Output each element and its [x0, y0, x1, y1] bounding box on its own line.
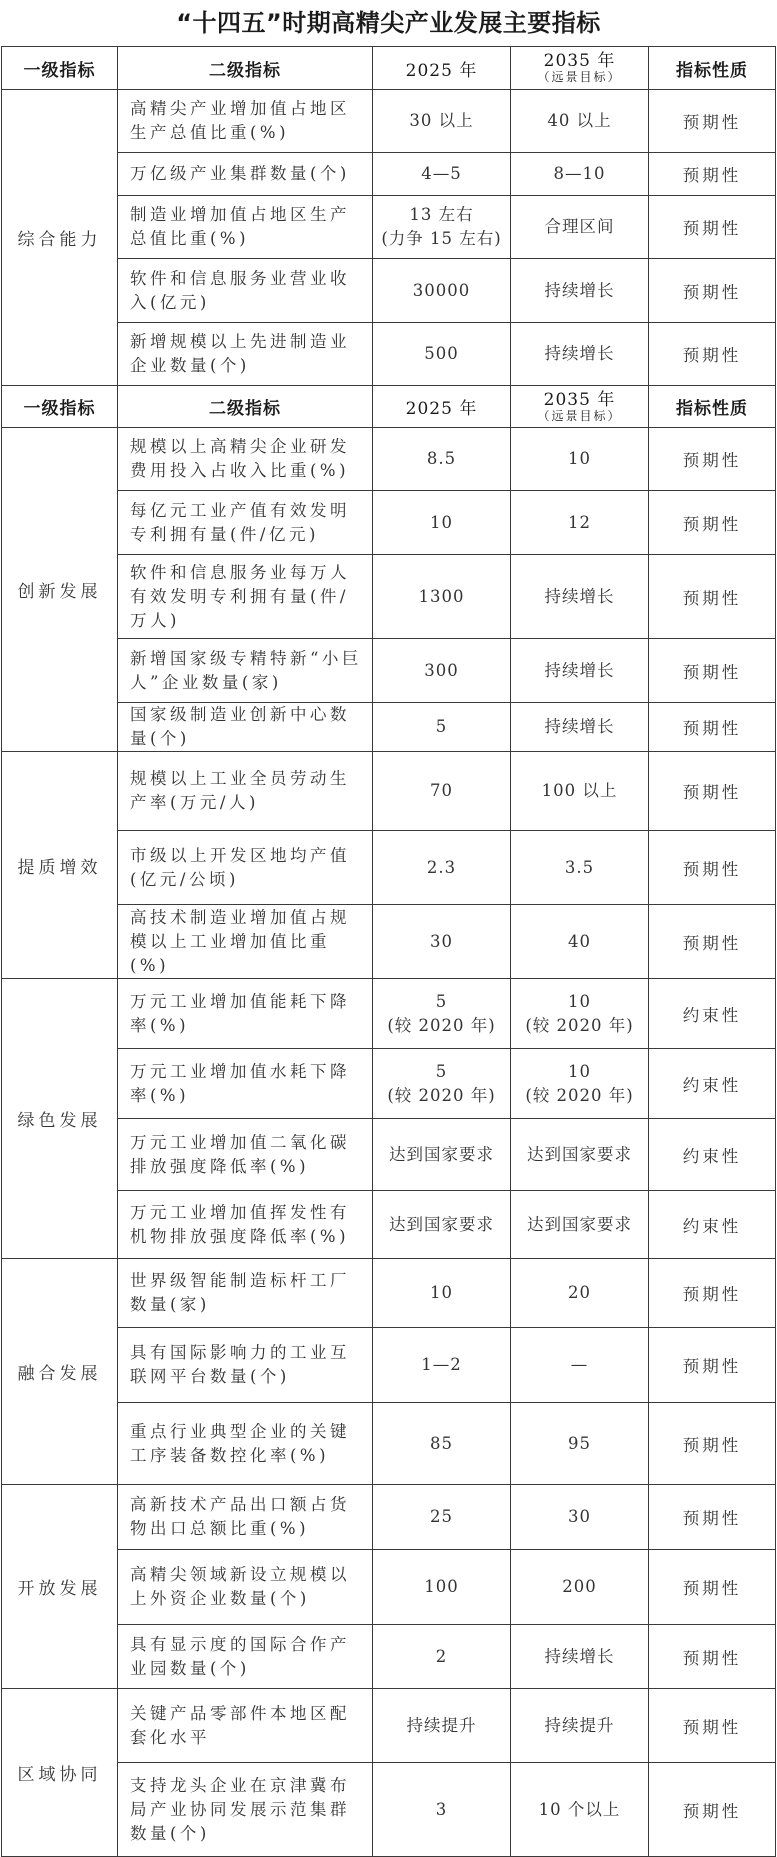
value-2025: 10 — [373, 491, 511, 555]
indicators-table: 一级指标 二级指标 2025 年 2035 年（远景目标） 指标性质 综合能力 … — [1, 46, 776, 1857]
value-2035: 持续增长 — [511, 639, 649, 703]
table-row: 具有国际影响力的工业互联网平台数量(个) 1—2 — 预期性 — [2, 1328, 776, 1403]
value-2035: 持续增长 — [511, 703, 649, 752]
value-2025: 1—2 — [373, 1328, 511, 1403]
indicator-cell: 软件和信息服务业营业收入(亿元) — [118, 259, 373, 323]
header-level2: 二级指标 — [118, 386, 373, 428]
value-2035: 持续增长 — [511, 555, 649, 639]
indicator-cell: 每亿元工业产值有效发明专利拥有量(件/亿元) — [118, 491, 373, 555]
value-2025: 85 — [373, 1403, 511, 1485]
nature-cell: 预期性 — [649, 1328, 776, 1403]
category-cell: 提质增效 — [2, 752, 118, 979]
table-row: 综合能力 高精尖产业增加值占地区生产总值比重(%) 30 以上 40 以上 预期… — [2, 90, 776, 153]
table-row: 绿色发展 万元工业增加值能耗下降率(%) 5 (较 2020 年) 10 (较 … — [2, 979, 776, 1049]
nature-cell: 预期性 — [649, 639, 776, 703]
nature-cell: 预期性 — [649, 196, 776, 259]
value-2035: 持续增长 — [511, 1625, 649, 1689]
value-2025: 2 — [373, 1625, 511, 1689]
header-nature: 指标性质 — [649, 47, 776, 90]
nature-cell: 预期性 — [649, 831, 776, 905]
table-row: 国家级制造业创新中心数量(个) 5 持续增长 预期性 — [2, 703, 776, 752]
value-2035: 12 — [511, 491, 649, 555]
nature-cell: 预期性 — [649, 703, 776, 752]
nature-cell: 预期性 — [649, 1485, 776, 1550]
table-row: 创新发展 规模以上高精尖企业研发费用投入占收入比重(%) 8.5 10 预期性 — [2, 428, 776, 491]
indicator-cell: 万元工业增加值挥发性有机物排放强度降低率(%) — [118, 1191, 373, 1259]
indicator-cell: 新增规模以上先进制造业企业数量(个) — [118, 323, 373, 386]
value-2035: 10 (较 2020 年) — [511, 979, 649, 1049]
value-2035: 3.5 — [511, 831, 649, 905]
category-cell: 区域协同 — [2, 1689, 118, 1857]
table-header-row: 一级指标 二级指标 2025 年 2035 年（远景目标） 指标性质 — [2, 47, 776, 90]
value-2035: 10 (较 2020 年) — [511, 1049, 649, 1119]
nature-cell: 预期性 — [649, 1763, 776, 1857]
indicator-cell: 规模以上高精尖企业研发费用投入占收入比重(%) — [118, 428, 373, 491]
table-row: 高技术制造业增加值占规模以上工业增加值比重(%) 30 40 预期性 — [2, 905, 776, 979]
value-2035: 持续提升 — [511, 1689, 649, 1763]
value-2035: 合理区间 — [511, 196, 649, 259]
value-2035: 40 — [511, 905, 649, 979]
table-row: 融合发展 世界级智能制造标杆工厂数量(家) 10 20 预期性 — [2, 1259, 776, 1328]
value-2035: 200 — [511, 1550, 649, 1625]
value-2035: 持续增长 — [511, 323, 649, 386]
value-2025: 70 — [373, 752, 511, 831]
table-row: 支持龙头企业在京津冀布局产业协同发展示范集群数量(个) 3 10 个以上 预期性 — [2, 1763, 776, 1857]
value-2035: 30 — [511, 1485, 649, 1550]
nature-cell: 预期性 — [649, 752, 776, 831]
header-2025: 2025 年 — [373, 386, 511, 428]
value-2025: 30 — [373, 905, 511, 979]
nature-cell: 预期性 — [649, 259, 776, 323]
table-row: 万元工业增加值挥发性有机物排放强度降低率(%) 达到国家要求 达到国家要求 约束… — [2, 1191, 776, 1259]
table-row: 市级以上开发区地均产值(亿元/公顷) 2.3 3.5 预期性 — [2, 831, 776, 905]
nature-cell: 约束性 — [649, 1049, 776, 1119]
value-2025: 持续提升 — [373, 1689, 511, 1763]
table-row: 开放发展 高新技术产品出口额占货物出口总额比重(%) 25 30 预期性 — [2, 1485, 776, 1550]
table-row: 制造业增加值占地区生产总值比重(%) 13 左右 (力争 15 左右) 合理区间… — [2, 196, 776, 259]
indicator-cell: 软件和信息服务业每万人有效发明专利拥有量(件/万人) — [118, 555, 373, 639]
value-2025: 13 左右 (力争 15 左右) — [373, 196, 511, 259]
value-2025: 100 — [373, 1550, 511, 1625]
nature-cell: 预期性 — [649, 428, 776, 491]
indicator-cell: 世界级智能制造标杆工厂数量(家) — [118, 1259, 373, 1328]
value-2025: 1300 — [373, 555, 511, 639]
value-2035: 10 — [511, 428, 649, 491]
header-2035: 2035 年（远景目标） — [511, 47, 649, 90]
indicator-cell: 市级以上开发区地均产值(亿元/公顷) — [118, 831, 373, 905]
indicator-cell: 关键产品零部件本地区配套化水平 — [118, 1689, 373, 1763]
table-row: 新增国家级专精特新“小巨人”企业数量(家) 300 持续增长 预期性 — [2, 639, 776, 703]
header-nature: 指标性质 — [649, 386, 776, 428]
value-2035: 20 — [511, 1259, 649, 1328]
indicator-cell: 万元工业增加值二氧化碳排放强度降低率(%) — [118, 1119, 373, 1191]
value-2025: 8.5 — [373, 428, 511, 491]
value-2035: 95 — [511, 1403, 649, 1485]
nature-cell: 预期性 — [649, 153, 776, 196]
nature-cell: 预期性 — [649, 555, 776, 639]
indicator-cell: 万元工业增加值能耗下降率(%) — [118, 979, 373, 1049]
indicator-cell: 具有显示度的国际合作产业园数量(个) — [118, 1625, 373, 1689]
table-row: 新增规模以上先进制造业企业数量(个) 500 持续增长 预期性 — [2, 323, 776, 386]
value-2025: 2.3 — [373, 831, 511, 905]
nature-cell: 预期性 — [649, 491, 776, 555]
nature-cell: 预期性 — [649, 90, 776, 153]
nature-cell: 约束性 — [649, 979, 776, 1049]
indicator-cell: 高精尖产业增加值占地区生产总值比重(%) — [118, 90, 373, 153]
value-2025: 30 以上 — [373, 90, 511, 153]
table-row: 软件和信息服务业营业收入(亿元) 30000 持续增长 预期性 — [2, 259, 776, 323]
value-2025: 达到国家要求 — [373, 1119, 511, 1191]
value-2025: 4—5 — [373, 153, 511, 196]
nature-cell: 预期性 — [649, 1259, 776, 1328]
nature-cell: 预期性 — [649, 1403, 776, 1485]
indicator-cell: 具有国际影响力的工业互联网平台数量(个) — [118, 1328, 373, 1403]
table-row: 万元工业增加值水耗下降率(%) 5 (较 2020 年) 10 (较 2020 … — [2, 1049, 776, 1119]
indicator-cell: 万元工业增加值水耗下降率(%) — [118, 1049, 373, 1119]
value-2035: 持续增长 — [511, 259, 649, 323]
table-row: 提质增效 规模以上工业全员劳动生产率(万元/人) 70 100 以上 预期性 — [2, 752, 776, 831]
nature-cell: 预期性 — [649, 1689, 776, 1763]
nature-cell: 约束性 — [649, 1191, 776, 1259]
value-2025: 3 — [373, 1763, 511, 1857]
header-level1: 一级指标 — [2, 47, 118, 90]
value-2025: 300 — [373, 639, 511, 703]
value-2035: — — [511, 1328, 649, 1403]
nature-cell: 预期性 — [649, 1625, 776, 1689]
value-2035: 达到国家要求 — [511, 1119, 649, 1191]
nature-cell: 预期性 — [649, 905, 776, 979]
value-2035: 8—10 — [511, 153, 649, 196]
value-2025: 30000 — [373, 259, 511, 323]
table-row: 万元工业增加值二氧化碳排放强度降低率(%) 达到国家要求 达到国家要求 约束性 — [2, 1119, 776, 1191]
indicator-cell: 高新技术产品出口额占货物出口总额比重(%) — [118, 1485, 373, 1550]
value-2025: 25 — [373, 1485, 511, 1550]
value-2035: 10 个以上 — [511, 1763, 649, 1857]
table-row: 重点行业典型企业的关键工序装备数控化率(%) 85 95 预期性 — [2, 1403, 776, 1485]
table-row: 每亿元工业产值有效发明专利拥有量(件/亿元) 10 12 预期性 — [2, 491, 776, 555]
value-2035: 40 以上 — [511, 90, 649, 153]
value-2025: 10 — [373, 1259, 511, 1328]
indicator-cell: 规模以上工业全员劳动生产率(万元/人) — [118, 752, 373, 831]
page-title: “十四五”时期高精尖产业发展主要指标 — [0, 0, 777, 46]
indicator-cell: 新增国家级专精特新“小巨人”企业数量(家) — [118, 639, 373, 703]
table-row: 软件和信息服务业每万人有效发明专利拥有量(件/万人) 1300 持续增长 预期性 — [2, 555, 776, 639]
table-row: 具有显示度的国际合作产业园数量(个) 2 持续增长 预期性 — [2, 1625, 776, 1689]
indicator-cell: 制造业增加值占地区生产总值比重(%) — [118, 196, 373, 259]
table-row: 区域协同 关键产品零部件本地区配套化水平 持续提升 持续提升 预期性 — [2, 1689, 776, 1763]
header-2025: 2025 年 — [373, 47, 511, 90]
category-cell: 绿色发展 — [2, 979, 118, 1259]
indicator-cell: 高精尖领域新设立规模以上外资企业数量(个) — [118, 1550, 373, 1625]
value-2025: 5 (较 2020 年) — [373, 1049, 511, 1119]
category-cell: 综合能力 — [2, 90, 118, 386]
category-cell: 开放发展 — [2, 1485, 118, 1689]
nature-cell: 预期性 — [649, 323, 776, 386]
header-2035: 2035 年（远景目标） — [511, 386, 649, 428]
nature-cell: 约束性 — [649, 1119, 776, 1191]
value-2035: 100 以上 — [511, 752, 649, 831]
indicator-cell: 高技术制造业增加值占规模以上工业增加值比重(%) — [118, 905, 373, 979]
category-cell: 融合发展 — [2, 1259, 118, 1485]
value-2035: 达到国家要求 — [511, 1191, 649, 1259]
nature-cell: 预期性 — [649, 1550, 776, 1625]
header-level2: 二级指标 — [118, 47, 373, 90]
indicator-cell: 支持龙头企业在京津冀布局产业协同发展示范集群数量(个) — [118, 1763, 373, 1857]
value-2025: 5 — [373, 703, 511, 752]
value-2025: 达到国家要求 — [373, 1191, 511, 1259]
indicator-cell: 万亿级产业集群数量(个) — [118, 153, 373, 196]
indicator-cell: 重点行业典型企业的关键工序装备数控化率(%) — [118, 1403, 373, 1485]
table-header-row-repeat: 一级指标 二级指标 2025 年 2035 年（远景目标） 指标性质 — [2, 386, 776, 428]
header-level1: 一级指标 — [2, 386, 118, 428]
table-row: 万亿级产业集群数量(个) 4—5 8—10 预期性 — [2, 153, 776, 196]
value-2025: 500 — [373, 323, 511, 386]
category-cell: 创新发展 — [2, 428, 118, 752]
table-row: 高精尖领域新设立规模以上外资企业数量(个) 100 200 预期性 — [2, 1550, 776, 1625]
indicator-cell: 国家级制造业创新中心数量(个) — [118, 703, 373, 752]
value-2025: 5 (较 2020 年) — [373, 979, 511, 1049]
